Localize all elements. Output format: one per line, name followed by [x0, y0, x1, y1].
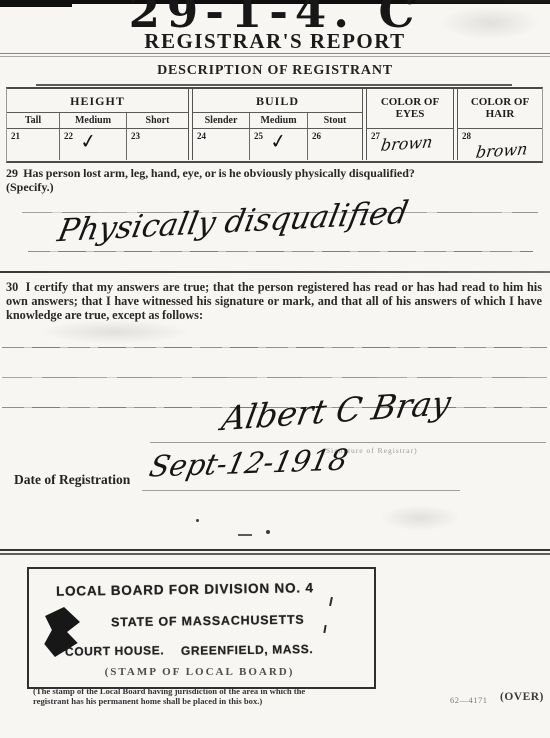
stamp-line-division: LOCAL BOARD FOR DIVISION NO. 4: [56, 580, 314, 599]
table-group-color-of-eyes: COLOR OF EYES: [367, 89, 453, 129]
cell-number: 24: [197, 131, 206, 141]
col-header-short: Short: [127, 113, 188, 129]
ink-speck: [323, 625, 326, 633]
description-table: HEIGHT BUILD COLOR OF EYES COLOR OF HAIR…: [6, 87, 543, 163]
date-of-registration-label: Date of Registration: [14, 472, 130, 488]
cell-medium-build: 25 ✓: [250, 129, 308, 160]
scan-smudge: [380, 505, 460, 531]
col-header-slender: Slender: [193, 113, 250, 129]
col-header-stout: Stout: [308, 113, 362, 129]
col-header-medium-build: Medium: [250, 113, 308, 129]
question-number: 30: [6, 280, 18, 294]
cell-tall: 21: [7, 129, 60, 160]
section-divider: [0, 271, 550, 273]
stamp-line-city: GREENFIELD, MASS.: [181, 642, 313, 658]
certification-paragraph: 30 I certify that my answers are true; t…: [6, 281, 542, 322]
handwritten-date: Sept-12-1918: [146, 442, 351, 483]
cell-stout: 26: [308, 129, 362, 160]
ink-speck: [196, 519, 199, 522]
heavy-divider: [0, 553, 550, 555]
cell-short: 23: [127, 129, 188, 160]
cell-medium-height: 22 ✓: [60, 129, 127, 160]
question-text: Has person lost arm, leg, hand, eye, or …: [23, 166, 415, 180]
handwritten-eye-color: brown: [380, 132, 434, 155]
divider: [0, 53, 550, 54]
local-board-stamp-box: LOCAL BOARD FOR DIVISION NO. 4 STATE OF …: [27, 567, 376, 689]
over-label: (OVER): [500, 691, 544, 703]
handwritten-answer: Physically disqualified: [55, 195, 411, 250]
stamp-line-state: STATE OF MASSACHUSETTS: [111, 613, 305, 630]
scan-smudge: [40, 320, 190, 344]
cell-number: 28: [462, 131, 471, 141]
col-header-tall: Tall: [7, 113, 60, 129]
table-group-color-of-hair: COLOR OF HAIR: [458, 89, 542, 129]
stamp-line-courthouse: COURT HOUSE.: [65, 643, 164, 658]
certification-text: I certify that my answers are true; that…: [6, 280, 542, 322]
cell-number: 26: [312, 131, 321, 141]
cell-eye-color: 27 brown: [367, 129, 453, 160]
cell-number: 25: [254, 131, 263, 141]
stamp-box-caption: (STAMP OF LOCAL BOARD): [29, 666, 370, 678]
col-header-medium-height: Medium: [60, 113, 127, 129]
registrar-signature: Albert C Bray: [219, 383, 454, 439]
ruled-line: [2, 377, 547, 378]
checkmark: ✓: [268, 128, 288, 154]
cell-number: 27: [371, 131, 380, 141]
divider: [0, 56, 550, 57]
cell-slender: 24: [193, 129, 250, 160]
question-29: 29 Has person lost arm, leg, hand, eye, …: [6, 166, 548, 194]
handwritten-hair-color: brown: [475, 139, 529, 162]
table-group-height: HEIGHT: [7, 89, 188, 113]
checkmark: ✓: [78, 128, 98, 154]
cell-hair-color: 28 brown: [458, 129, 542, 160]
date-line: [142, 490, 460, 491]
page-title: REGISTRAR'S REPORT: [0, 29, 550, 54]
cell-number: 23: [131, 131, 140, 141]
ruled-line: [2, 347, 547, 348]
stamp-instruction-note: (The stamp of the Local Board having jur…: [33, 687, 333, 706]
registrars-report-scan: 29-1-4. C REGISTRAR'S REPORT DESCRIPTION…: [0, 0, 550, 738]
ruled-line: [28, 251, 533, 252]
cell-number: 21: [11, 131, 20, 141]
ink-speck: [329, 597, 333, 606]
form-number: 62—4171: [450, 695, 488, 705]
specify-label: (Specify.): [6, 180, 54, 194]
heavy-divider: [0, 549, 550, 551]
table-group-build: BUILD: [193, 89, 362, 113]
ink-speck: [238, 534, 252, 536]
question-number: 29: [6, 166, 18, 180]
cell-number: 22: [64, 131, 73, 141]
section-underline: [36, 84, 512, 86]
section-header: DESCRIPTION OF REGISTRANT: [0, 63, 550, 79]
ink-speck: [266, 530, 270, 534]
